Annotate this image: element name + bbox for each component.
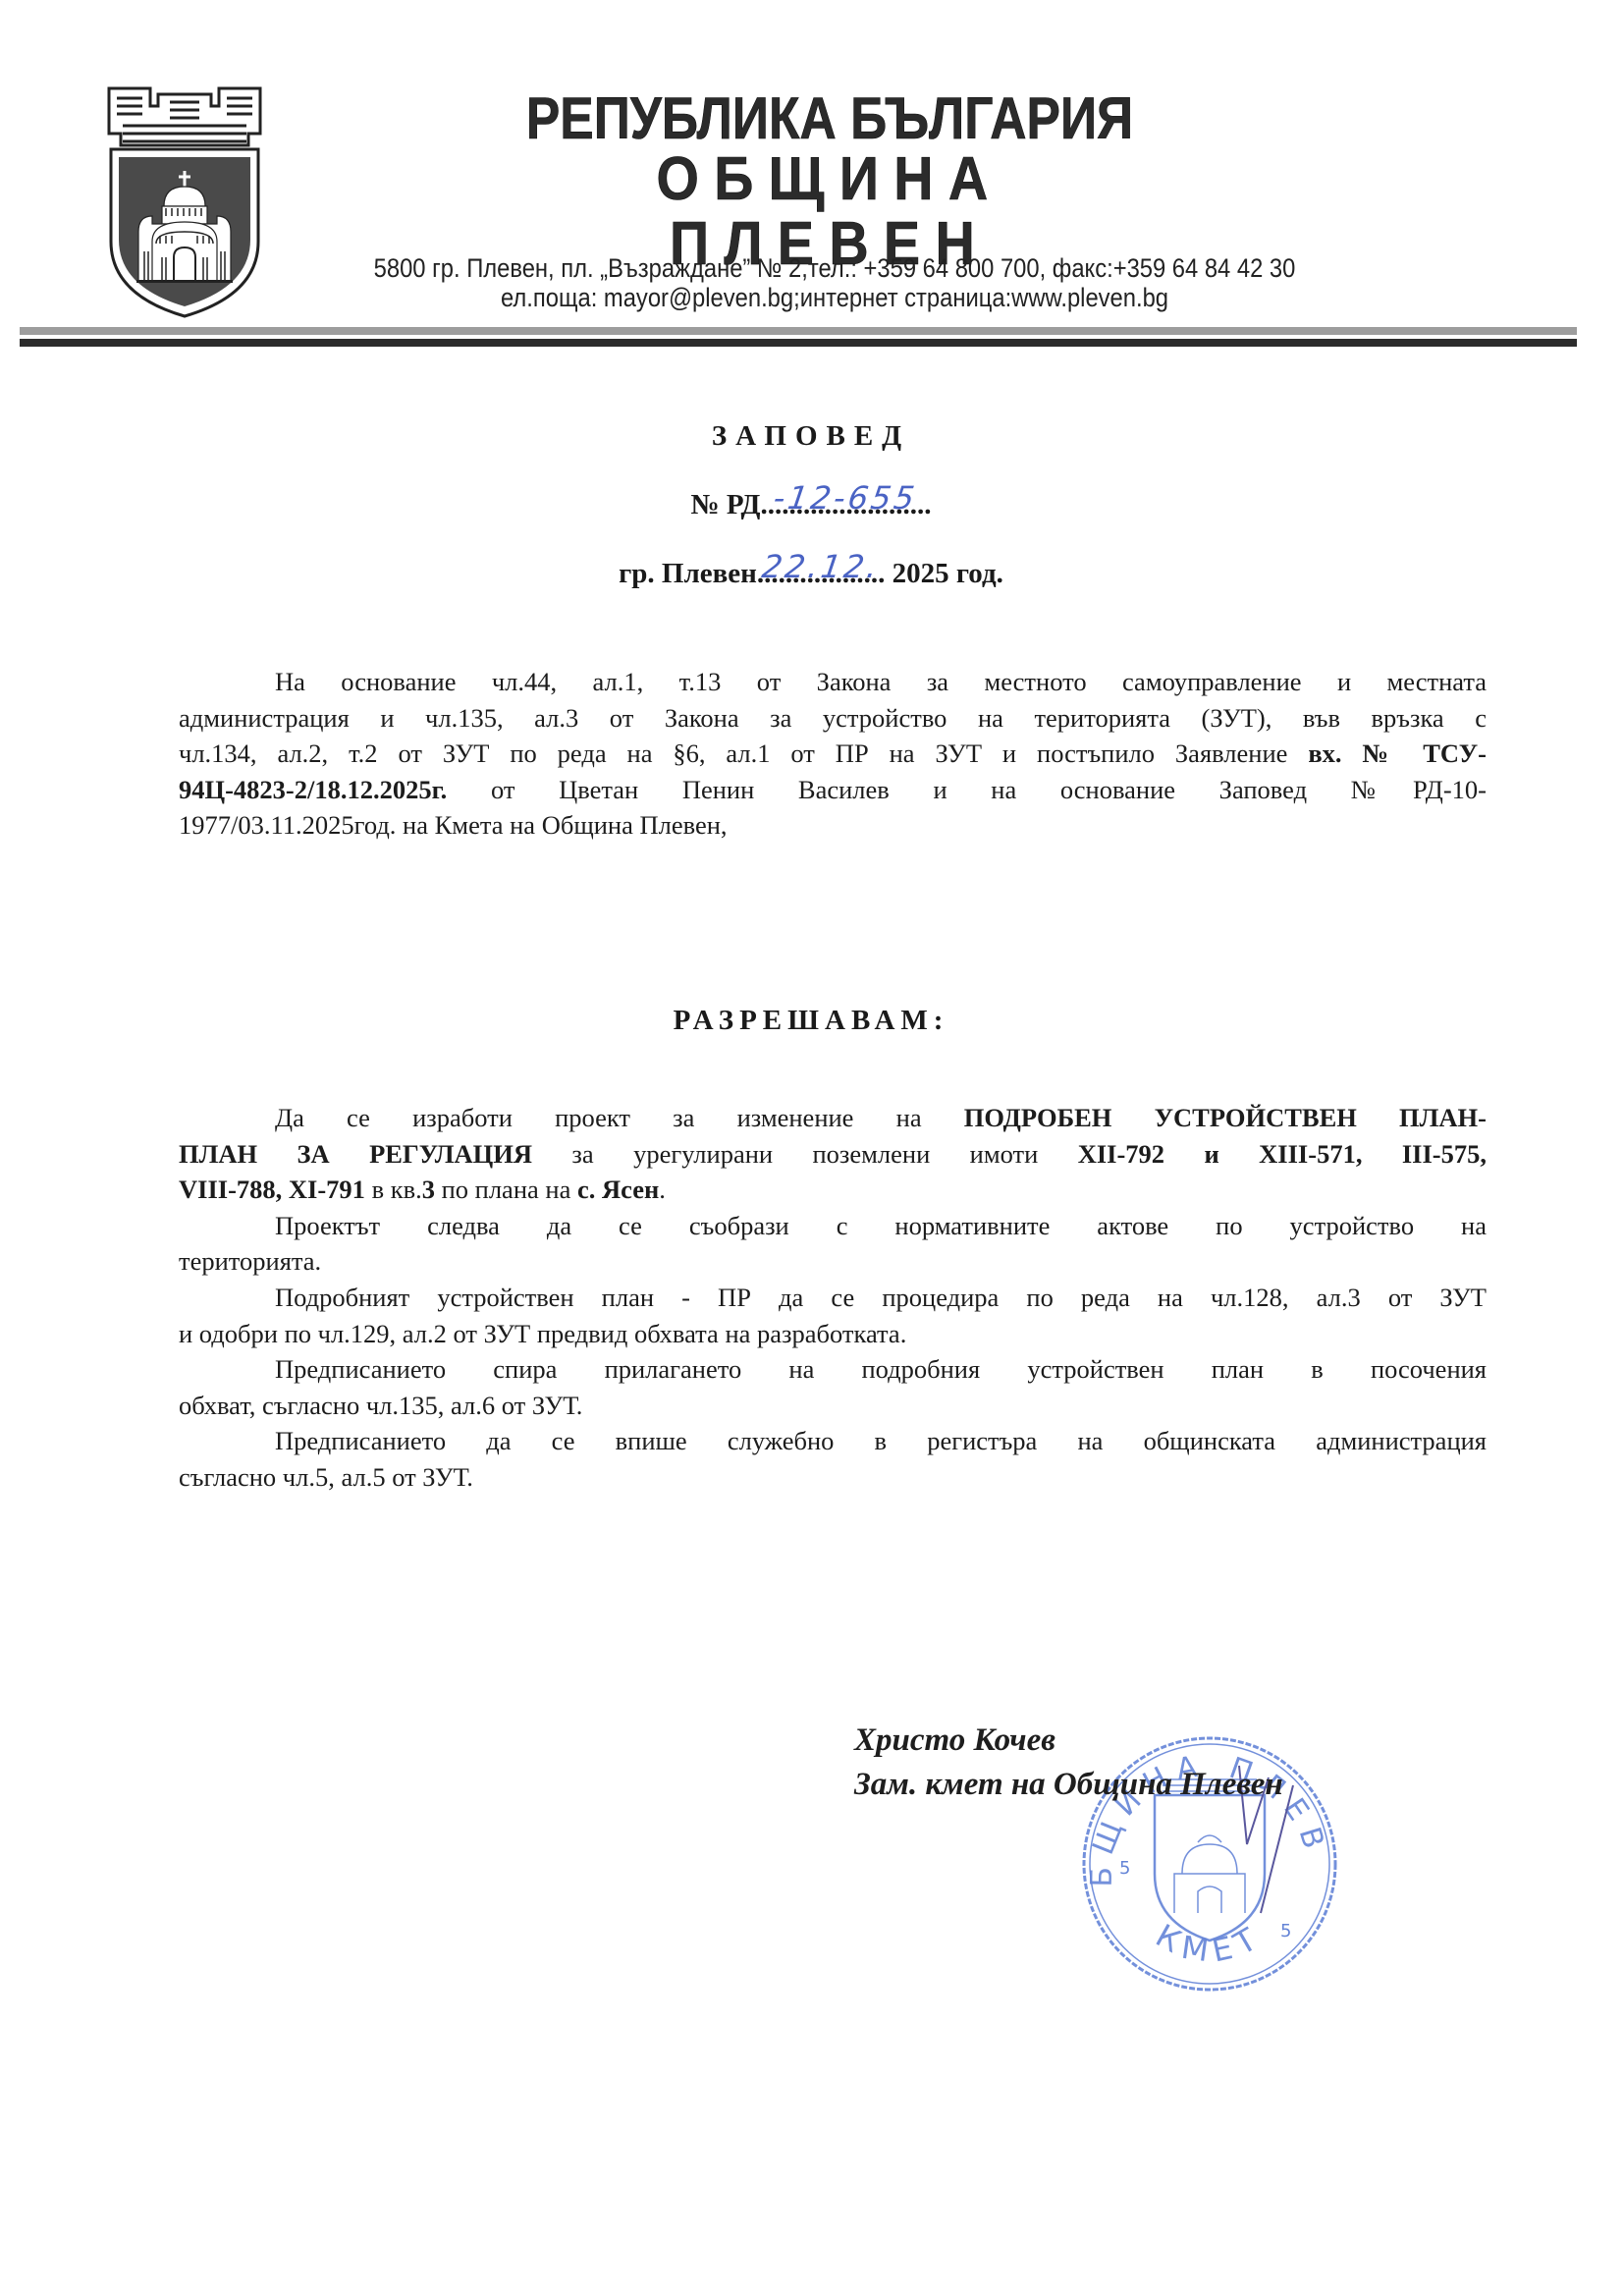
header-divider-light [20,327,1577,335]
order-number-label: № РД [691,489,761,520]
text: Да се изработи проект за изменение на [275,1103,964,1132]
text: Проектът следва да се съобрази с нормати… [275,1211,1487,1240]
bold-text: с. Ясен [577,1175,659,1204]
grant-paragraphs: Да се изработи проект за изменение на ПО… [179,1100,1487,1496]
bold-text: VIII-788, XI-791 [179,1175,365,1204]
signatory-title: Зам. кмет на Община Плевен [854,1765,1283,1804]
pleven-coat-of-arms-icon [101,84,268,320]
svg-text:ОБЩИНА ПЛЕВЕН: ОБЩИНА ПЛЕВЕН [1072,1726,1333,1887]
text: 1977/03.11.2025год. на Кмета на Община П… [179,810,728,840]
paragraph-line: Подробният устройствен план - ПР да се п… [179,1280,1487,1316]
text: . [659,1175,666,1204]
stamp-bottom-text: КМЕТ [1150,1917,1270,1971]
stamp-top-text: ОБЩИНА ПЛЕВЕН [1072,1726,1333,1887]
text: съгласно чл.5, ал.5 от ЗУТ. [179,1462,473,1492]
order-date-line: гр. Плевен..................22.12. 2025 … [418,557,1204,590]
paragraph-line: администрация и чл.135, ал.3 от Закона з… [179,700,1487,737]
text: и одобри по чл.129, ал.2 от ЗУТ предвид … [179,1319,906,1348]
paragraph-line: На основание чл.44, ал.1, т.13 от Закона… [179,664,1487,700]
paragraph-line: територията. [179,1243,1487,1280]
basis-paragraph: На основание чл.44, ал.1, т.13 от Закона… [179,664,1487,844]
order-year: 2025 год. [893,558,1003,589]
bold-text: XII-792 и XIII-571, III-575, [1078,1139,1487,1169]
paragraph-line: обхват, съгласно чл.135, ал.6 от ЗУТ. [179,1388,1487,1424]
text: за урегулирани поземлени имоти [532,1139,1078,1169]
svg-text:КМЕТ: КМЕТ [1150,1917,1270,1971]
text: в кв. [365,1175,422,1204]
order-title: ЗАПОВЕД [516,419,1106,453]
paragraph-line: 1977/03.11.2025год. на Кмета на Община П… [179,807,1487,844]
paragraph-line: чл.134, ал.2, т.2 от ЗУТ по реда на §6, … [179,736,1487,772]
paragraph-line: съгласно чл.5, ал.5 от ЗУТ. [179,1459,1487,1496]
paragraph-line: 94Ц-4823-2/18.12.2025г. от Цветан Пенин … [179,772,1487,808]
order-date-field: ..................22.12. [757,558,886,589]
text: по плана на [435,1175,577,1204]
paragraph-line: VIII-788, XI-791 в кв.3 по плана на с. Я… [179,1172,1487,1208]
text: Подробният устройствен план - ПР да се п… [275,1283,1487,1312]
bold-text: вх. № ТСУ- [1308,738,1487,768]
text: Предписанието да се впише служебно в рег… [275,1426,1487,1455]
text: обхват, съгласно чл.135, ал.6 от ЗУТ. [179,1391,582,1420]
text: администрация и чл.135, ал.3 от Закона з… [179,703,1487,733]
text: територията. [179,1246,321,1276]
header-divider-dark [20,339,1577,347]
country-heading: РЕПУБЛИКА БЪЛГАРИЯ [521,86,1138,151]
stamp-number-right: 5 [1280,1921,1291,1941]
city-label: гр. Плевен [619,558,757,589]
grant-heading: РАЗРЕШАВАМ: [516,1004,1106,1037]
order-number-field: ........................-12-655 [760,489,931,520]
bold-text: ПЛАН ЗА РЕГУЛАЦИЯ [179,1139,532,1169]
paragraph-line: Да се изработи проект за изменение на ПО… [179,1100,1487,1136]
text: чл.134, ал.2, т.2 от ЗУТ по реда на §6, … [179,738,1308,768]
paragraph-line: Проектът следва да се съобрази с нормати… [179,1208,1487,1244]
bold-text: ПОДРОБЕН УСТРОЙСТВЕН ПЛАН- [964,1103,1487,1132]
paragraph-line: Предписанието да се впише служебно в рег… [179,1423,1487,1459]
bold-text: 3 [422,1175,435,1204]
signatory-name: Христо Кочев [854,1721,1055,1760]
contact-line: ел.поща: mayor@pleven.bg;интернет страни… [351,283,1319,312]
paragraph-line: и одобри по чл.129, ал.2 от ЗУТ предвид … [179,1316,1487,1352]
paragraph-line: Предписанието спира прилагането на подро… [179,1351,1487,1388]
paragraph-line: ПЛАН ЗА РЕГУЛАЦИЯ за урегулирани поземле… [179,1136,1487,1173]
text: Предписанието спира прилагането на подро… [275,1354,1487,1384]
text: На основание чл.44, ал.1, т.13 от Закона… [275,667,1487,696]
address-line: 5800 гр. Плевен, пл. „Възраждане” № 2,те… [351,253,1319,283]
order-date-handwritten: 22.12. [754,550,887,583]
order-number-line: № РД........................-12-655 [418,488,1204,521]
order-number-handwritten: -12-655 [758,481,934,515]
text: от Цветан Пенин Василев и на основание З… [447,775,1487,804]
stamp-number-left: 5 [1119,1858,1130,1879]
bold-text: 94Ц-4823-2/18.12.2025г. [179,775,447,804]
